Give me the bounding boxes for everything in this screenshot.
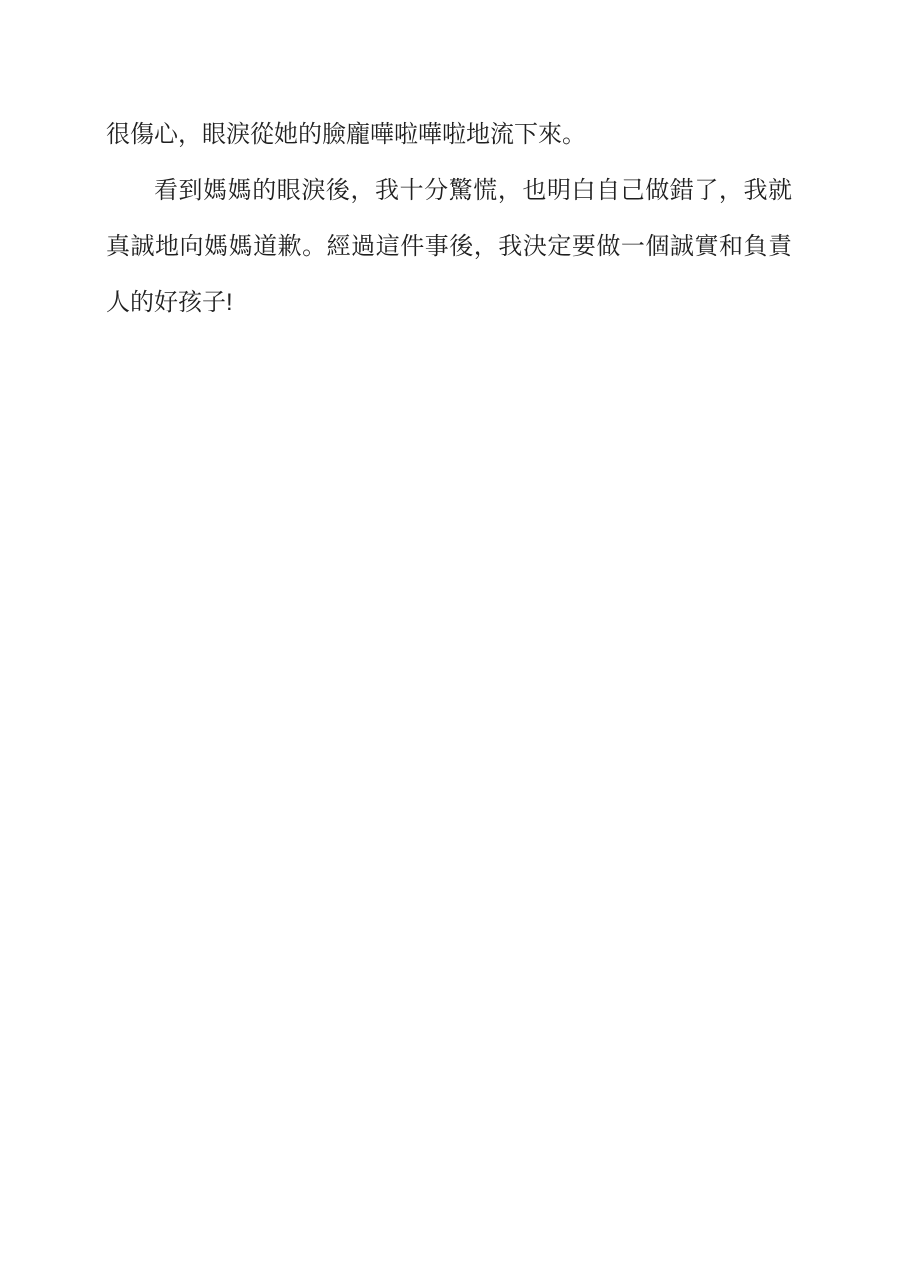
paragraph-middle-line: 真誠地向媽媽道歉。經過這件事後，我決定要做一個誠實和負責 xyxy=(106,219,792,275)
document-text-block: 很傷心，眼淚從她的臉龐嘩啦嘩啦地流下來。 看到媽媽的眼淚後，我十分驚慌，也明白自… xyxy=(106,107,792,331)
paragraph-end-line: 很傷心，眼淚從她的臉龐嘩啦嘩啦地流下來。 xyxy=(106,107,792,163)
document-page: 很傷心，眼淚從她的臉龐嘩啦嘩啦地流下來。 看到媽媽的眼淚後，我十分驚慌，也明白自… xyxy=(0,0,905,1280)
paragraph-last-line: 人的好孩子! xyxy=(106,275,792,331)
paragraph-first-line: 看到媽媽的眼淚後，我十分驚慌，也明白自己做錯了，我就 xyxy=(106,163,792,219)
